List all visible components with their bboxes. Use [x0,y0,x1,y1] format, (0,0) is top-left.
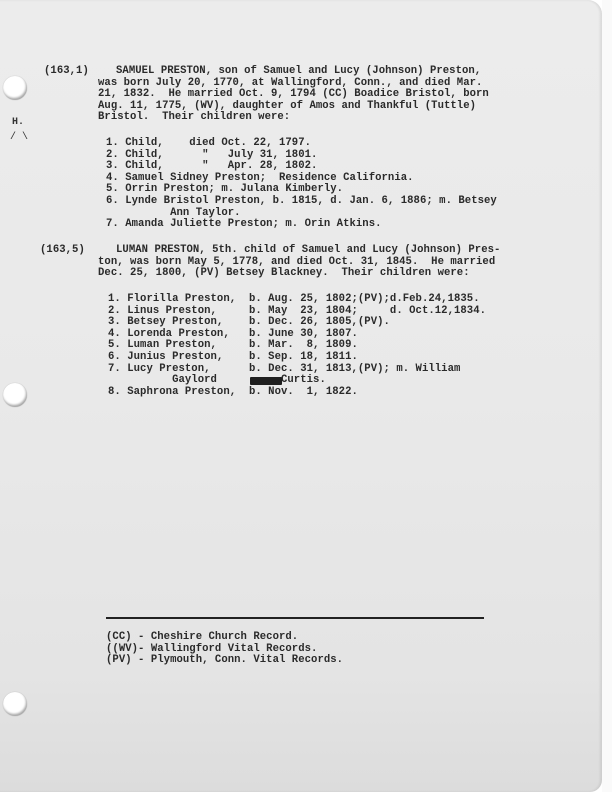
footnote-rule [106,617,484,619]
punch-hole-bottom [3,692,27,716]
entry-ref-2: (163,5) [40,245,85,257]
footnote-pv: (PV) - Plymouth, Conn. Vital Records. [106,655,343,667]
entry-2-child-6: 6. Junius Preston, b. Sep. 18, 1811. [108,352,358,364]
margin-letter: H. [12,117,24,128]
entry-2-line-3: Dec. 25, 1800, (PV) Betsey Blackney. The… [98,268,470,280]
margin-check-mark: / \ [10,132,28,143]
entry-1-line-1: SAMUEL PRESTON, son of Samuel and Lucy (… [116,66,481,78]
entry-2-child-1: 1. Florilla Preston, b. Aug. 25, 1802;(P… [108,294,480,306]
punch-hole-middle [3,383,27,407]
page-edge [602,0,612,792]
entry-1-line-5: Bristol. Their children were: [98,112,290,124]
entry-ref-1: (163,1) [44,66,89,78]
entry-1-child-7: 7. Amanda Juliette Preston; m. Orin Atki… [106,219,382,231]
punch-hole-top [3,76,27,100]
entry-1-child-6: 6. Lynde Bristol Preston, b. 1815, d. Ja… [106,196,497,208]
entry-1-child-1: 1. Child, died Oct. 22, 1797. [106,138,311,150]
struck-out-word [250,377,282,385]
entry-2-child-8: 8. Saphrona Preston, b. Nov. 1, 1822. [108,387,358,399]
footnote-cc: (CC) - Cheshire Church Record. [106,632,298,644]
entry-2-line-1: LUMAN PRESTON, 5th. child of Samuel and … [116,245,500,257]
